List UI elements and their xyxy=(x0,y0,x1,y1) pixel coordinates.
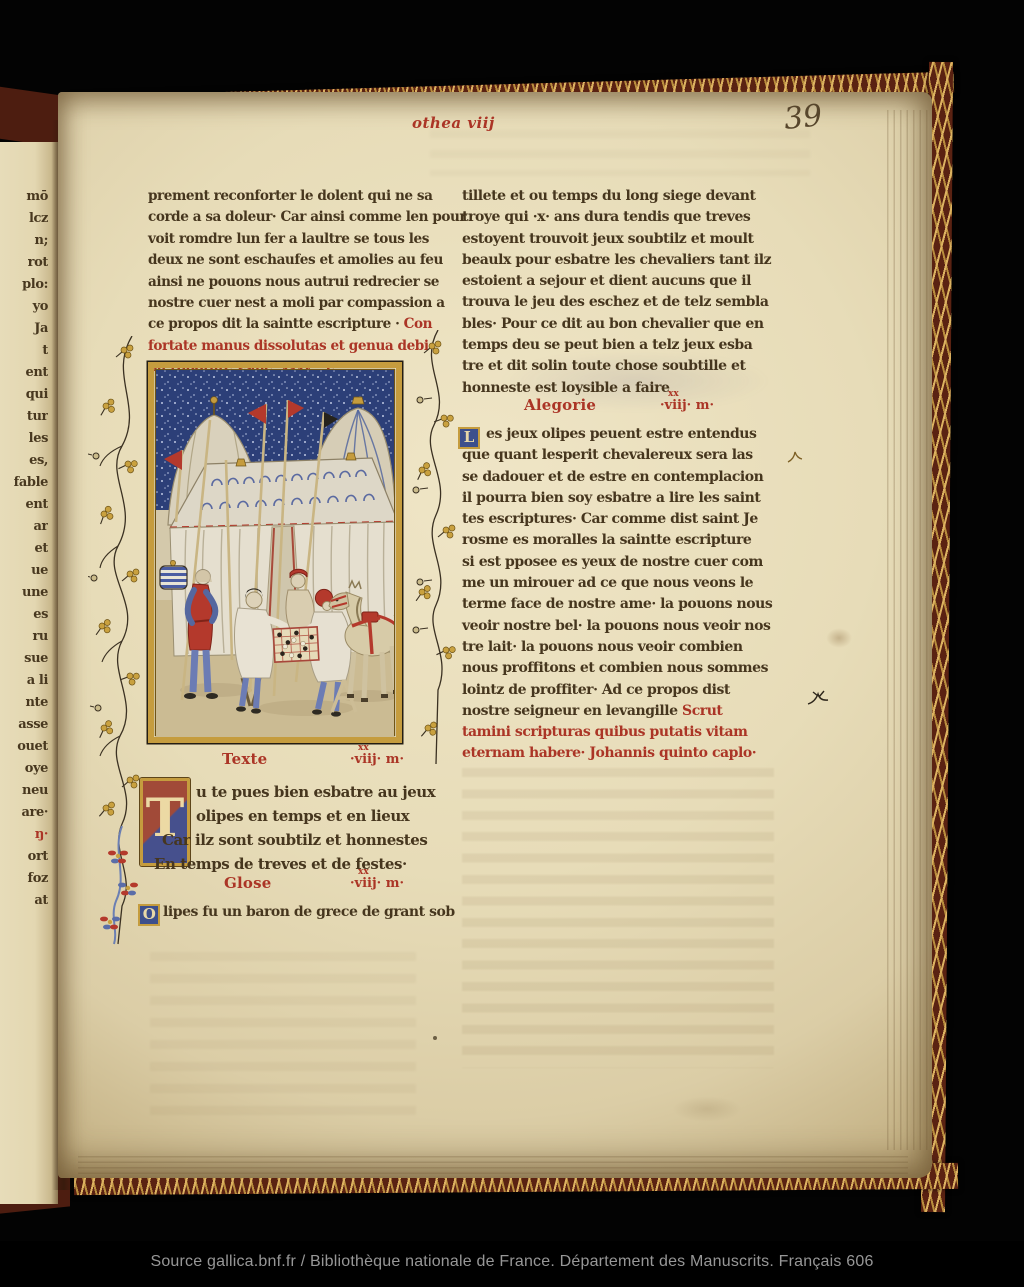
manuscript-line: estoient a sejour et dient aucuns que il xyxy=(462,271,778,292)
manuscript-line: voit romdre lun fer a laultre se tous le… xyxy=(148,229,418,250)
miniature-chess-in-camp xyxy=(146,360,404,745)
line-end: lcz xyxy=(2,208,48,230)
line-end: ouet xyxy=(2,736,48,758)
manuscript-line: beaulx pour esbatre les chevaliers tant … xyxy=(462,250,778,271)
folio-number: 39 xyxy=(782,98,824,137)
line-end: neu xyxy=(2,780,48,802)
manuscript-line: estoyent trouvoit jeux soubtilz et moult xyxy=(462,229,778,250)
manuscript-line: si est pposee es yeux de nostre cuer com xyxy=(462,552,778,573)
line-end: oye xyxy=(2,758,48,780)
manuscript-line: tre et dit solin toute chose soubtille e… xyxy=(462,356,778,377)
manuscript-line: tillete et ou temps du long siege devant xyxy=(462,186,778,207)
flowered-stem xyxy=(100,826,138,944)
line-end: les xyxy=(2,428,48,450)
gloss-first-line: Olipes fu un baron de grece de grant sob xyxy=(138,904,455,926)
verse-line: Car ilz sont soubtilz et honnestes xyxy=(150,828,435,852)
rubric-glose-number: xx·viij· m· xyxy=(350,876,404,891)
line-end: yo xyxy=(2,296,48,318)
rubric-alegorie-number: xx·viij· m· xyxy=(660,398,714,413)
line-end: plo: xyxy=(2,274,48,296)
line-end: a li xyxy=(2,670,48,692)
decorated-initial: O xyxy=(138,904,160,926)
text-column-left: prement reconforter le dolent qui ne sa … xyxy=(148,186,418,379)
line-end: ue xyxy=(2,560,48,582)
line-end: mō xyxy=(2,186,48,208)
manuscript-line: bles· Pour ce dit au bon chevalier que e… xyxy=(462,314,778,335)
line-end: sue xyxy=(2,648,48,670)
gallica-caption-bar: Source gallica.bnf.fr / Bibliothèque nat… xyxy=(0,1241,1024,1287)
manuscript-line: nostre cuer nest a moli par compassion a xyxy=(148,293,418,314)
margin-sprig xyxy=(806,688,832,708)
line-end: es xyxy=(2,604,48,626)
line-end: are· xyxy=(2,802,48,824)
red-line-end: ŋ· xyxy=(2,824,48,846)
line-end: n; xyxy=(2,230,48,252)
line-end: fable xyxy=(2,472,48,494)
manuscript-line: honneste est loysible a faire xyxy=(462,378,778,399)
rubric-texte: Texte xyxy=(222,750,267,768)
verse-text: u te pues bien esbatre au jeux olipes en… xyxy=(150,780,435,876)
line-end: rot xyxy=(2,252,48,274)
line-end: Ja xyxy=(2,318,48,340)
manuscript-line: troye qui ·x· ans dura tendis que treves xyxy=(462,207,778,228)
verse-line: En temps de treves et de festes· xyxy=(150,852,435,876)
rubric-alegorie: Alegorie xyxy=(524,396,596,414)
line-end: nte xyxy=(2,692,48,714)
manuscript-line: lointz de proffiter· Ad ce propos dist xyxy=(462,680,778,701)
line-end: une xyxy=(2,582,48,604)
manuscript-line: es jeux olipes peuent estre entendus xyxy=(462,424,778,445)
facing-page-line-ends: mō lcz n; rot plo: yo Ja t ent qui tur l… xyxy=(2,186,48,912)
manuscript-line: temps deu se peut bien a telz jeux esba xyxy=(462,335,778,356)
facing-page-edge: mō lcz n; rot plo: yo Ja t ent qui tur l… xyxy=(0,142,58,1204)
manuscript-line: tes escriptures· Car comme dist saint Je xyxy=(462,509,778,530)
line-end: foz xyxy=(2,868,48,890)
manuscript-line: ce propos dit la saintte escripture · Co… xyxy=(148,314,418,335)
game-board xyxy=(273,627,319,662)
manuscript-line: me un mirouer ad ce que nous veons le xyxy=(462,573,778,594)
line-end: ar xyxy=(2,516,48,538)
margin-sprig xyxy=(786,450,804,464)
line-end: tur xyxy=(2,406,48,428)
manuscript-line: que quant lesperit chevalereux sera las xyxy=(462,445,778,466)
verse-line: u te pues bien esbatre au jeux xyxy=(150,780,435,804)
manuscript-line: se dadouer et de estre en contemplacion xyxy=(462,467,778,488)
ring-marks xyxy=(88,453,101,711)
line-end: at xyxy=(2,890,48,912)
line-end: ru xyxy=(2,626,48,648)
line-end: es, xyxy=(2,450,48,472)
line-end: et xyxy=(2,538,48,560)
line-end: t xyxy=(2,340,48,362)
manuscript-line: prement reconforter le dolent qui ne sa xyxy=(148,186,418,207)
manuscript-line: fortate manus dissolutas et genua debi xyxy=(148,336,418,357)
text-column-right-gloss: tillete et ou temps du long siege devant… xyxy=(462,186,778,399)
rubric-glose: Glose xyxy=(224,874,272,892)
source-attribution: Source gallica.bnf.fr / Bibliothèque nat… xyxy=(0,1253,1024,1271)
manuscript-line: trouva le jeu des eschez et de telz semb… xyxy=(462,292,778,313)
manuscript-line: il pourra bien soy esbatre a lire les sa… xyxy=(462,488,778,509)
manuscript-line: deux ne sont eschaufes et amolies au feu xyxy=(148,250,418,271)
manuscript-line: rosme es moralles la saintte escripture xyxy=(462,530,778,551)
manuscript-line: nous proffitons et combien nous sommes xyxy=(462,658,778,679)
manuscript-line: eternam habere· Johannis quinto caplo· xyxy=(462,743,778,764)
manuscript-photo: mō lcz n; rot plo: yo Ja t ent qui tur l… xyxy=(0,0,1024,1287)
manuscript-line: veoir nostre bel· la pouons nous veoir n… xyxy=(462,616,778,637)
line-end: ent xyxy=(2,362,48,384)
line-end: ort xyxy=(2,846,48,868)
running-title: othea viij xyxy=(412,114,495,132)
line-end: asse xyxy=(2,714,48,736)
manuscript-line: terme face de nostre ame· la pouons nous xyxy=(462,594,778,615)
ivy-border-center xyxy=(408,330,460,766)
rubric-texte-number: xx·viij· m· xyxy=(350,752,404,767)
manuscript-line: nostre seigneur en levangille Scrut xyxy=(462,701,778,722)
manuscript-line: tre lait· la pouons nous veoir combien xyxy=(462,637,778,658)
text-column-right-allegory: es jeux olipes peuent estre entendus que… xyxy=(462,424,778,765)
manuscript-line: corde a sa doleur· Car ainsi comme len p… xyxy=(148,207,418,228)
verse-line: olipes en temps et en lieux xyxy=(150,804,435,828)
line-end: qui xyxy=(2,384,48,406)
manuscript-line: ainsi ne pouons nous autrui redrecier se xyxy=(148,272,418,293)
manuscript-line: tamini scripturas quibus putatis vitam xyxy=(462,722,778,743)
line-end: ent xyxy=(2,494,48,516)
